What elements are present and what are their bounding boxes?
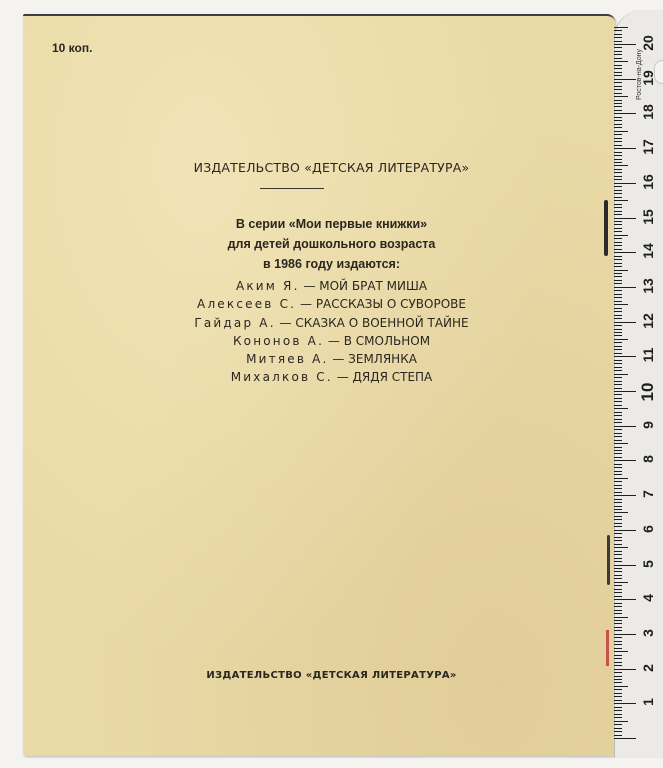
ruler-tick [614,93,622,94]
ruler-tick [614,530,636,531]
ruler-tick [614,700,622,701]
ruler-tick [614,565,636,566]
ruler-tick [614,554,622,555]
ruler-tick [614,436,622,437]
ruler-tick [614,37,622,38]
book-entry: Гайдар А. — СКАЗКА О ВОЕННОЙ ТАЙНЕ [0,314,663,332]
ruler-tick [614,148,636,149]
ruler-tick [614,693,622,694]
ruler-tick [614,627,622,628]
ruler-number: 5 [640,552,656,576]
ruler-number: 2 [640,656,656,680]
ruler-number: 15 [640,205,656,229]
ruler-tick [614,245,622,246]
ruler-tick [614,474,622,475]
ruler-tick [614,571,622,572]
ruler-tick [614,138,622,139]
ruler-tick [614,717,622,718]
ruler-tick [614,353,622,354]
ruler-tick [614,519,622,520]
ruler-tick [614,176,622,177]
ruler-tick [614,58,622,59]
book-entry: Алексеев С. — РАССКАЗЫ О СУВОРОВЕ [0,295,663,313]
ruler-tick [614,283,622,284]
ruler-tick [614,238,622,239]
ruler-tick [614,113,636,114]
ruler-tick [614,526,622,527]
ruler-tick [614,384,622,385]
ruler-tick [614,724,622,725]
ruler-tick [614,516,622,517]
ruler-tick [614,707,622,708]
ruler-number: 13 [640,274,656,298]
book-title: — МОЙ БРАТ МИША [300,279,427,293]
ruler-number: 3 [640,621,656,645]
ruler-tick [614,644,622,645]
ruler-tick [614,207,622,208]
ruler-tick [614,301,622,302]
ruler-tick [614,523,622,524]
ruler-number: 19 [640,66,656,90]
ruler-tick [614,44,636,45]
ruler-tick [614,443,628,444]
ruler-tick [614,221,622,222]
ruler-tick [614,75,622,76]
ruler-tick [614,610,622,611]
ruler-tick [614,27,628,28]
ruler-tick [614,256,622,257]
ruler-tick [614,613,622,614]
ruler-tick [614,721,628,722]
ruler-tick [614,374,628,375]
ruler-number: 1 [640,690,656,714]
ruler-tick [614,117,622,118]
ruler-tick [614,197,622,198]
ruler-tick [614,710,622,711]
ruler-tick [614,363,622,364]
ruler-tick [614,349,622,350]
ruler-tick [614,79,636,80]
book-author: Кононов А. [233,334,324,348]
ruler-tick [614,266,622,267]
ruler-number: 10 [638,380,658,404]
book-title: — СКАЗКА О ВОЕННОЙ ТАЙНЕ [276,316,469,330]
ruler-tick [614,329,622,330]
ruler-tick [614,447,622,448]
ruler-tick [614,676,622,677]
ruler-tick [614,332,622,333]
ruler-tick [614,360,622,361]
red-mark [606,630,609,666]
ruler-tick [614,394,622,395]
ruler-tick [614,61,628,62]
ruler-tick [614,214,622,215]
ruler-tick [614,512,628,513]
ruler-tick [614,502,622,503]
ruler-tick [614,401,622,402]
book-entry: Митяев А. — ЗЕМЛЯНКА [0,350,663,368]
ruler-tick [614,478,628,479]
ruler-tick [614,592,622,593]
ruler-number: 18 [640,100,656,124]
ruler-tick [614,304,628,305]
ruler-tick [614,204,622,205]
ruler-tick [614,308,622,309]
ruler-tick [614,419,622,420]
ruler-tick [614,131,628,132]
ruler-tick [614,731,622,732]
book-author: Михалков С. [231,370,333,384]
ruler-tick [614,620,622,621]
ruler-tick [614,460,636,461]
book-title: — В СМОЛЬНОМ [324,334,430,348]
book-author: Митяев А. [246,352,328,366]
book-entry: Аким Я. — МОЙ БРАТ МИША [0,277,663,295]
ruler-tick [614,110,622,111]
ruler-tick [614,162,622,163]
ruler-tick [614,665,622,666]
ruler-tick [614,294,622,295]
ruler-number: 12 [640,309,656,333]
ruler-tick [614,596,622,597]
ruler-tick [614,100,622,101]
publisher-footer: ИЗДАТЕЛЬСТВО «ДЕТСКАЯ ЛИТЕРАТУРА» [0,670,663,681]
ruler-tick [614,689,622,690]
book-list: Аким Я. — МОЙ БРАТ МИШААлексеев С. — РАС… [0,277,663,387]
ruler-tick [614,547,628,548]
ruler-tick [614,422,622,423]
ruler-tick [614,51,622,52]
ruler-tick [614,738,636,739]
book-author: Аким Я. [236,279,300,293]
ruler-tick [614,68,622,69]
ruler-tick [614,648,622,649]
book-entry: Михалков С. — ДЯДЯ СТЕПА [0,368,663,386]
ruler-tick [614,589,622,590]
ruler-tick [614,696,622,697]
publisher-heading: ИЗДАТЕЛЬСТВО «ДЕТСКАЯ ЛИТЕРАТУРА» [0,160,663,175]
ruler-tick [614,339,628,340]
ruler-tick [614,485,622,486]
ruler-tick [614,276,622,277]
ruler-tick [614,367,622,368]
ruler-tick [614,617,628,618]
ruler-tick [614,488,622,489]
ruler-tick [614,228,622,229]
ruler-tick [614,682,622,683]
ruler-tick [614,190,622,191]
ruler-tick [614,155,622,156]
ruler-tick [614,106,622,107]
ruler-tick [614,186,622,187]
ruler-tick [614,342,622,343]
ruler-tick [614,429,622,430]
ruler-tick [614,242,622,243]
ruler-tick [614,637,622,638]
ruler-tick [614,280,622,281]
ruler-tick [614,634,636,635]
ruler-tick [614,273,622,274]
ruler-tick [614,169,622,170]
ruler-tick [614,252,636,253]
ruler-tick [614,453,622,454]
ruler-tick [614,568,622,569]
ruler-tick [614,346,622,347]
ruler-tick [614,235,628,236]
series-line: для детей дошкольного возраста [0,234,663,254]
ruler-number: 8 [640,447,656,471]
ruler-tick [614,398,622,399]
ruler-tick [614,481,622,482]
ruler-tick [614,54,622,55]
ruler-tick [614,270,628,271]
ruler-tick [614,96,628,97]
divider-line [260,188,324,189]
ruler-tick [614,34,622,35]
price-label: 10 коп. [52,41,92,55]
ruler-tick [614,630,622,631]
binding-shadow [604,200,608,256]
ruler-tick [614,124,622,125]
ruler-tick [614,575,622,576]
ruler-tick [614,551,622,552]
series-line: в 1986 году издаются: [0,254,663,274]
ruler-tick [614,259,622,260]
ruler-tick [614,606,622,607]
ruler-tick [614,183,636,184]
ruler-number: 11 [640,343,656,367]
ruler-tick [614,325,622,326]
ruler-tick [614,603,622,604]
ruler-number: 6 [640,517,656,541]
ruler-tick [614,703,636,704]
ruler-tick [614,72,622,73]
ruler-tick [614,412,622,413]
ruler-tick [614,408,628,409]
ruler-number: 20 [640,31,656,55]
ruler-number: 16 [640,170,656,194]
ruler-tick [614,582,628,583]
ruler-tick [614,509,622,510]
book-title: — ЗЕМЛЯНКА [329,352,417,366]
ruler-tick [614,47,622,48]
ruler-tick [614,495,636,496]
ruler-tick [614,211,622,212]
ruler-tick [614,426,636,427]
ruler-tick [614,655,622,656]
ruler-tick [614,388,622,389]
book-author: Алексеев С. [197,297,296,311]
ruler-tick [614,533,622,534]
ruler-tick [614,623,622,624]
ruler-tick [614,499,622,500]
ruler-tick [614,297,622,298]
ruler-tick [614,145,622,146]
ruler-tick [614,467,622,468]
ruler-tick [614,728,622,729]
ruler-tick [614,263,622,264]
ruler-number: 14 [640,239,656,263]
ruler-tick [614,405,622,406]
ruler-tick [614,641,622,642]
ruler-tick [614,120,622,121]
ruler-tick [614,103,622,104]
ruler-number: 7 [640,482,656,506]
ruler-tick [614,249,622,250]
ruler-tick [614,127,622,128]
book-author: Гайдар А. [194,316,275,330]
ruler-tick [614,662,622,663]
ruler-tick [614,464,622,465]
ruler-tick [614,65,622,66]
ruler-tick [614,193,622,194]
ruler-tick [614,218,636,219]
ruler-tick [614,471,622,472]
ruler-tick [614,714,622,715]
ruler-tick [614,599,636,600]
book-title: — РАССКАЗЫ О СУВОРОВЕ [296,297,466,311]
ruler-tick [614,735,622,736]
ruler-tick [614,558,622,559]
ruler-tick [614,370,622,371]
ruler-tick [614,537,622,538]
ruler-tick [614,82,622,83]
ruler-tick [614,86,622,87]
ruler-tick [614,89,622,90]
ruler-tick [614,669,636,670]
ruler-tick [614,152,622,153]
ruler-tick [614,457,622,458]
ruler-tick [614,315,622,316]
ruler-tick [614,391,636,392]
ruler-tick [614,30,622,31]
ruler-tick [614,679,622,680]
ruler-tick [614,506,622,507]
ruler-tick [614,561,622,562]
ruler-tick [614,377,622,378]
series-line: В серии «Мои первые книжки» [0,214,663,234]
ruler-tick [614,492,622,493]
ruler-tick [614,159,622,160]
ruler-tick [614,381,622,382]
ruler-tick [614,651,628,652]
ruler-tick [614,440,622,441]
binding-shadow [607,535,610,585]
ruler-tick [614,172,622,173]
ruler-tick [614,287,636,288]
ruler-tick [614,335,622,336]
ruler-tick [614,134,622,135]
ruler-number: 9 [640,413,656,437]
ruler-tick [614,311,622,312]
ruler-tick [614,433,622,434]
ruler-tick [614,141,622,142]
ruler-tick [614,224,622,225]
ruler-tick [614,179,622,180]
ruler-tick [614,318,622,319]
ruler-tick [614,322,636,323]
ruler-tick [614,672,622,673]
book-entry: Кононов А. — В СМОЛЬНОМ [0,332,663,350]
ruler-tick [614,585,622,586]
ruler-tick [614,658,622,659]
ruler-number: 17 [640,135,656,159]
ruler-tick [614,356,636,357]
series-announcement: В серии «Мои первые книжки» для детей до… [0,214,663,274]
ruler-tick [614,544,622,545]
ruler-tick [614,165,628,166]
ruler-tick [614,686,628,687]
ruler-tick [614,450,622,451]
ruler-tick [614,200,628,201]
ruler-tick [614,540,622,541]
ruler-tick [614,231,622,232]
ruler-tick [614,41,622,42]
ruler-tick [614,290,622,291]
book-title: — ДЯДЯ СТЕПА [333,370,432,384]
ruler-tick [614,415,622,416]
ruler-number: 4 [640,586,656,610]
ruler-tick [614,578,622,579]
